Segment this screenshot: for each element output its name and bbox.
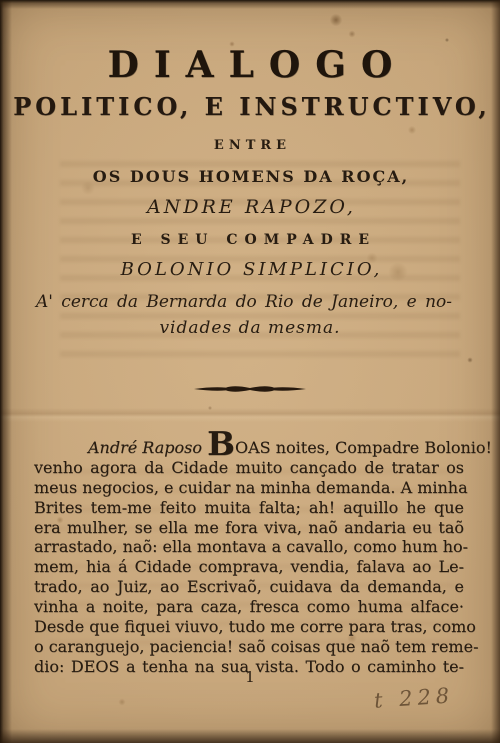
body-line: arrastado, naõ: ella montava a cavallo, … [34, 537, 464, 557]
line-e-seu-compadre: E SEU COMPADRE [0, 232, 500, 248]
body-line: mem, hia á Cidade comprava, vendia, fala… [34, 557, 464, 577]
handwritten-annotation: t 228 [373, 683, 455, 713]
page-edge-bottom [0, 729, 500, 743]
page-title: DIALOGO [0, 44, 500, 86]
subject-line-1: A' cerca da Bernarda do Rio de Janeiro, … [36, 292, 452, 312]
body-text: OAS noites, Compadre Bolonio! [235, 438, 492, 457]
swelled-rule-divider [0, 380, 500, 399]
body-line: André Raposo BOAS noites, Compadre Bolon… [34, 438, 464, 458]
speaker-name: André Raposo [88, 438, 202, 457]
body-line: vinha a noite, para caza, fresca como hu… [34, 597, 464, 617]
body-line: Brites tem-me feito muita falta; ah! aqu… [34, 498, 464, 518]
paper-crease [0, 408, 500, 422]
page-subtitle: POLITICO, E INSTRUCTIVO, [0, 92, 500, 121]
page-edge-left [0, 0, 12, 743]
body-line: venho agora da Cidade muito cançado de t… [34, 458, 464, 478]
line-os-dous-homens: OS DOUS HOMENS DA ROÇA, [0, 167, 500, 186]
page-number: 1 [0, 668, 500, 686]
character-name-andre-rapozo: ANDRE RAPOZO, [0, 196, 500, 218]
body-line: meus negocios, e cuidar na minha demanda… [34, 478, 464, 498]
page-edge-right [491, 0, 500, 743]
body-line: o caranguejo, paciencia! saõ coisas que … [34, 637, 464, 657]
body-line: trado, ao Juiz, ao Escrivaõ, cuidava da … [34, 577, 464, 597]
between-label: ENTRE [0, 138, 500, 153]
body-line: Desde que fiquei viuvo, tudo me corre pa… [34, 617, 464, 637]
character-name-bolonio-simplicio: BOLONIO SIMPLICIO, [0, 259, 500, 280]
page-edge-top [0, 0, 500, 9]
book-page-scan: DIALOGO POLITICO, E INSTRUCTIVO, ENTRE O… [0, 0, 500, 743]
subject-line-2: vidades da mesma. [0, 318, 500, 338]
body-line: era mulher, se ella me fora viva, naõ an… [34, 518, 464, 538]
paragraph-block: André Raposo BOAS noites, Compadre Bolon… [34, 438, 464, 677]
